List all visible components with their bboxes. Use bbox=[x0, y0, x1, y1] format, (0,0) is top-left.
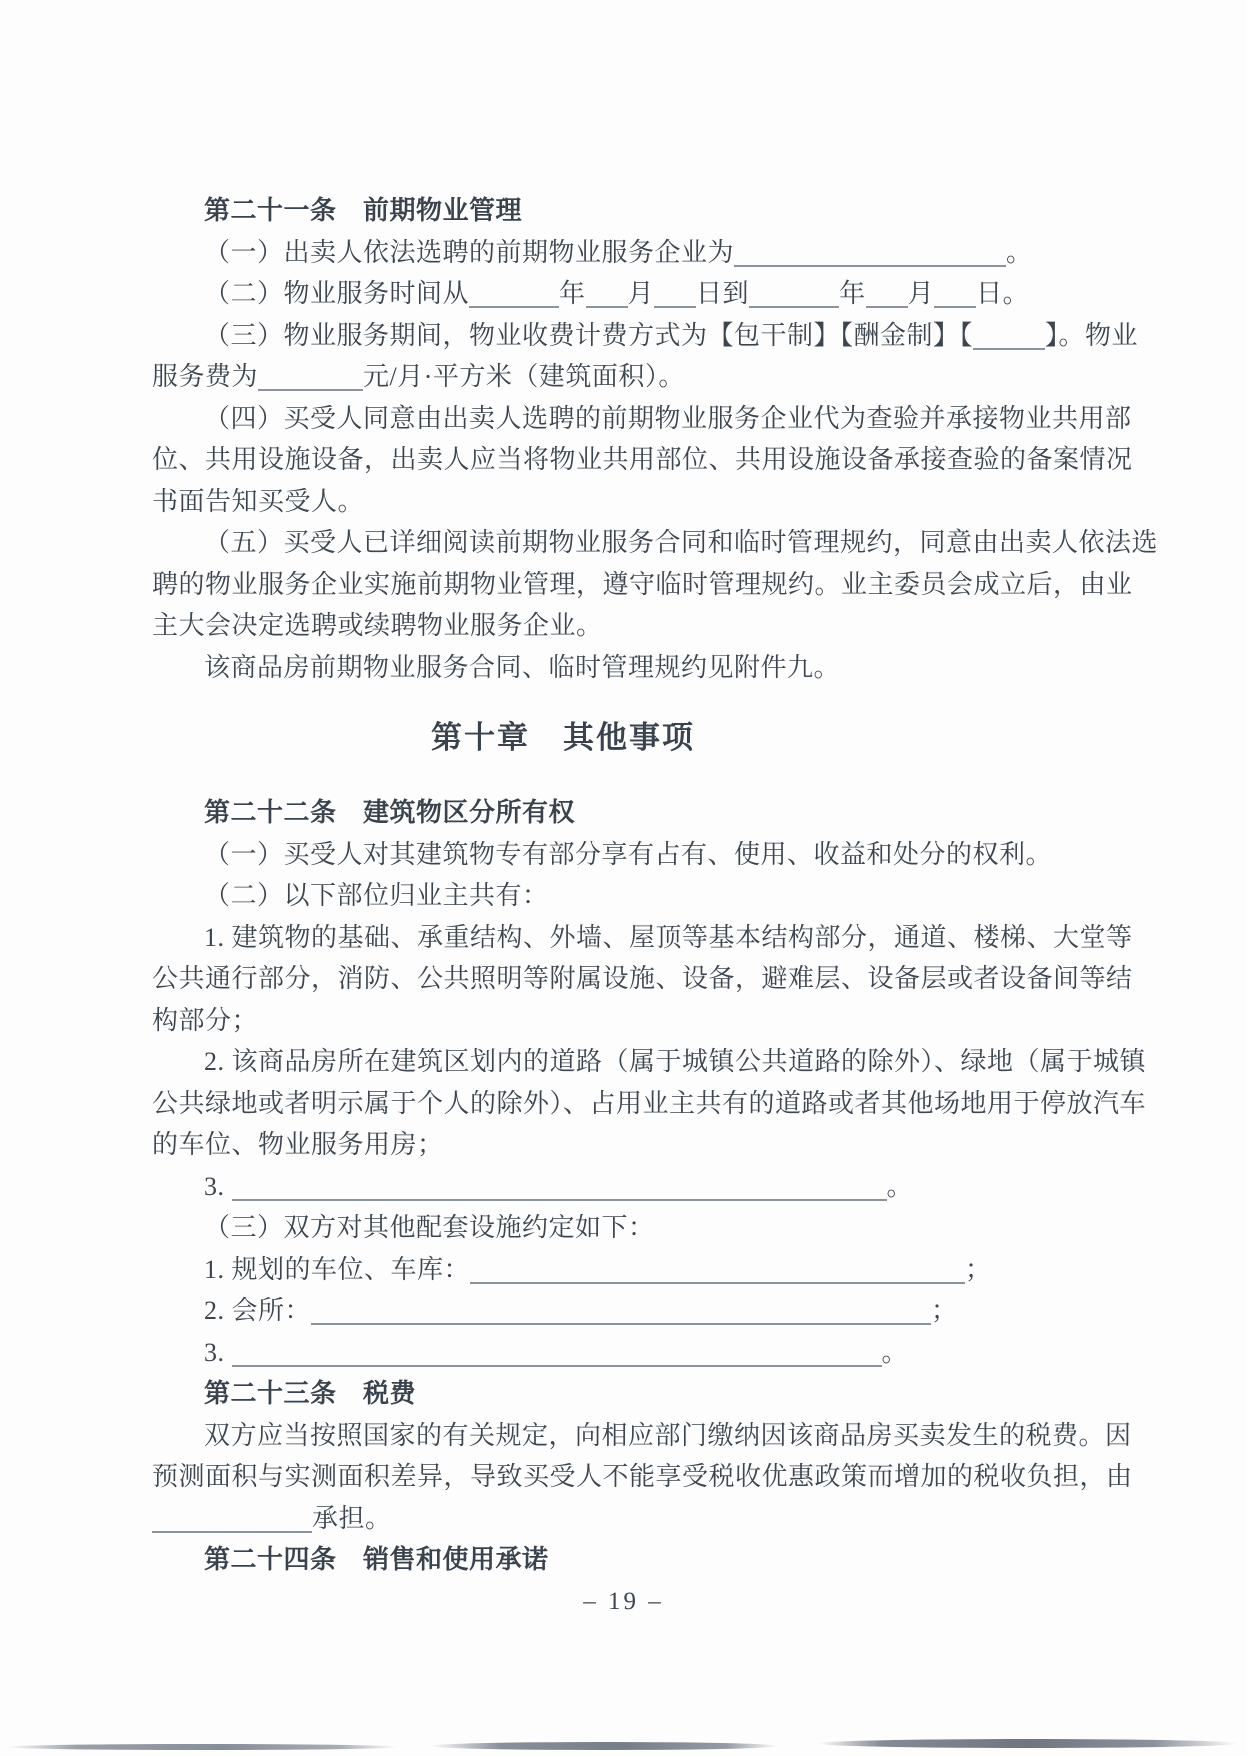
blank-fill-in-field bbox=[232, 1175, 887, 1201]
text-run: 承担。 bbox=[312, 1504, 392, 1533]
blank-fill-in-field bbox=[586, 282, 628, 308]
blank-fill-in-field bbox=[470, 1258, 965, 1284]
text-run: （二）以下部位归业主共有： bbox=[204, 881, 549, 910]
text-run: 第二十四条 销售和使用承诺 bbox=[204, 1545, 549, 1574]
article-21-item-5-line-2: 聘的物业服务企业实施前期物业管理，遵守临时管理规约。业主委员会成立后，由业 bbox=[152, 564, 974, 606]
text-run: 2. 会所： bbox=[204, 1296, 311, 1325]
article-22-heading: 第二十二条 建筑物区分所有权 bbox=[152, 792, 974, 834]
blank-fill-in-field bbox=[749, 282, 839, 308]
article-21-item-4-line-3: 书面告知买受人。 bbox=[152, 481, 974, 523]
text-run: 】。物业 bbox=[1045, 321, 1138, 350]
article-22-item-2: （二）以下部位归业主共有： bbox=[152, 875, 974, 917]
article-22-item-3-sub-2: 2. 会所：； bbox=[152, 1290, 974, 1332]
article-21-closing: 该商品房前期物业服务合同、临时管理规约见附件九。 bbox=[152, 647, 974, 689]
chapter-10-heading: 第十章 其他事项 bbox=[152, 710, 974, 766]
text-run: （二）物业服务时间从 bbox=[204, 279, 469, 308]
text-run: （三）物业服务期间，物业收费计费方式为【包干制】【酬金制】【 bbox=[204, 321, 973, 350]
article-21-item-1: （一）出卖人依法选聘的前期物业服务企业为。 bbox=[152, 232, 974, 274]
text-run: 公共绿地或者明示属于个人的除外）、占用业主共有的道路或者其他场地用于停放汽车 bbox=[152, 1089, 1146, 1118]
article-22-item-2-sub-3: 3. 。 bbox=[152, 1166, 974, 1208]
text-run: 元/月·平方米（建筑面积）。 bbox=[363, 362, 685, 391]
text-run: 第十章 其他事项 bbox=[431, 720, 695, 755]
article-21-item-5-line-1: （五）买受人已详细阅读前期物业服务合同和临时管理规约，同意由出卖人依法选 bbox=[152, 522, 974, 564]
article-22-item-2-sub-1-line-3: 构部分； bbox=[152, 1000, 974, 1042]
article-23-body-line-2: 预测面积与实测面积差异，导致买受人不能享受税收优惠政策而增加的税收负担，由 bbox=[152, 1456, 974, 1498]
page-number: – 19 – bbox=[0, 1588, 1247, 1616]
scan-edge-shadow-left bbox=[6, 1744, 398, 1750]
text-run: 第二十二条 建筑物区分所有权 bbox=[204, 798, 575, 827]
blank-fill-in-field bbox=[311, 1299, 931, 1325]
article-22-item-2-sub-2-line-3: 的车位、物业服务用房； bbox=[152, 1124, 974, 1166]
blank-fill-in-field bbox=[934, 282, 976, 308]
text-run: （一）买受人对其建筑物专有部分享有占有、使用、收益和处分的权利。 bbox=[204, 840, 1052, 869]
blank-fill-in-field bbox=[152, 1507, 312, 1533]
text-run: 书面告知买受人。 bbox=[152, 487, 364, 516]
text-run: 双方应当按照国家的有关规定，向相应部门缴纳因该商品房买卖发生的税费。因 bbox=[204, 1421, 1132, 1450]
text-run: 的车位、物业服务用房； bbox=[152, 1130, 444, 1159]
article-23-body-line-1: 双方应当按照国家的有关规定，向相应部门缴纳因该商品房买卖发生的税费。因 bbox=[152, 1415, 974, 1457]
text-run: 3. bbox=[204, 1172, 232, 1201]
article-21-item-3-line-1: （三）物业服务期间，物业收费计费方式为【包干制】【酬金制】【】。物业 bbox=[152, 315, 974, 357]
text-run: 主大会决定选聘或续聘物业服务企业。 bbox=[152, 611, 603, 640]
article-22-item-3-sub-3: 3. 。 bbox=[152, 1332, 974, 1374]
article-21-item-5-line-3: 主大会决定选聘或续聘物业服务企业。 bbox=[152, 605, 974, 647]
text-run: 月 bbox=[908, 279, 935, 308]
text-run: 日。 bbox=[976, 279, 1029, 308]
article-24-heading: 第二十四条 销售和使用承诺 bbox=[152, 1539, 974, 1581]
article-21-item-2: （二）物业服务时间从年月日到年月日。 bbox=[152, 273, 974, 315]
text-run: 第二十三条 税费 bbox=[204, 1379, 416, 1408]
blank-fill-in-field bbox=[258, 365, 363, 391]
article-22-item-3: （三）双方对其他配套设施约定如下： bbox=[152, 1207, 974, 1249]
contract-page: 第二十一条 前期物业管理（一）出卖人依法选聘的前期物业服务企业为。（二）物业服务… bbox=[0, 0, 1247, 1756]
article-21-item-3-line-2: 服务费为元/月·平方米（建筑面积）。 bbox=[152, 356, 974, 398]
article-21-item-4-line-2: 位、共用设施设备，出卖人应当将物业共用部位、共用设施设备承接查验的备案情况 bbox=[152, 439, 974, 481]
text-run: 3. bbox=[204, 1338, 232, 1367]
text-run: 。 bbox=[887, 1172, 914, 1201]
article-21-heading: 第二十一条 前期物业管理 bbox=[152, 190, 974, 232]
text-run: 服务费为 bbox=[152, 362, 258, 391]
blank-fill-in-field bbox=[866, 282, 908, 308]
text-run: 日到 bbox=[696, 279, 749, 308]
article-22-item-2-sub-1-line-1: 1. 建筑物的基础、承重结构、外墙、屋顶等基本结构部分，通道、楼梯、大堂等 bbox=[152, 917, 974, 959]
text-run: 聘的物业服务企业实施前期物业管理，遵守临时管理规约。业主委员会成立后，由业 bbox=[152, 570, 1133, 599]
text-run: 公共通行部分，消防、公共照明等附属设施、设备，避难层、设备层或者设备间等结 bbox=[152, 964, 1133, 993]
text-run: （一）出卖人依法选聘的前期物业服务企业为 bbox=[204, 238, 734, 267]
text-run: （三）双方对其他配套设施约定如下： bbox=[204, 1213, 655, 1242]
text-run: 1. 建筑物的基础、承重结构、外墙、屋顶等基本结构部分，通道、楼梯、大堂等 bbox=[204, 923, 1133, 952]
article-23-body-line-3: 承担。 bbox=[152, 1498, 974, 1540]
text-run: 。 bbox=[1006, 238, 1033, 267]
text-run: （四）买受人同意由出卖人选聘的前期物业服务企业代为查验并承接物业共用部 bbox=[204, 404, 1132, 433]
blank-fill-in-field bbox=[973, 324, 1045, 350]
text-run: 第二十一条 前期物业管理 bbox=[204, 196, 522, 225]
text-run: 该商品房前期物业服务合同、临时管理规约见附件九。 bbox=[204, 653, 840, 682]
text-run: 年 bbox=[839, 279, 866, 308]
blank-fill-in-field bbox=[654, 282, 696, 308]
article-22-item-2-sub-1-line-2: 公共通行部分，消防、公共照明等附属设施、设备，避难层、设备层或者设备间等结 bbox=[152, 958, 974, 1000]
article-22-item-1: （一）买受人对其建筑物专有部分享有占有、使用、收益和处分的权利。 bbox=[152, 834, 974, 876]
text-run: 位、共用设施设备，出卖人应当将物业共用部位、共用设施设备承接查验的备案情况 bbox=[152, 445, 1133, 474]
text-run: ； bbox=[931, 1296, 958, 1325]
scan-edge-shadow-right bbox=[818, 1739, 1238, 1748]
text-run: 1. 规划的车位、车库： bbox=[204, 1255, 470, 1284]
text-run: 年 bbox=[559, 279, 586, 308]
text-run: 。 bbox=[882, 1338, 909, 1367]
text-run: （五）买受人已详细阅读前期物业服务合同和临时管理规约，同意由出卖人依法选 bbox=[204, 528, 1158, 557]
text-run: ； bbox=[965, 1255, 992, 1284]
blank-fill-in-field bbox=[469, 282, 559, 308]
text-run: 2. 该商品房所在建筑区划内的道路（属于城镇公共道路的除外）、绿地（属于城镇 bbox=[204, 1047, 1146, 1076]
article-22-item-3-sub-1: 1. 规划的车位、车库：； bbox=[152, 1249, 974, 1291]
blank-fill-in-field bbox=[734, 241, 1006, 267]
article-21-item-4-line-1: （四）买受人同意由出卖人选聘的前期物业服务企业代为查验并承接物业共用部 bbox=[152, 398, 974, 440]
blank-fill-in-field bbox=[232, 1341, 882, 1367]
scan-edge-shadow-center bbox=[430, 1742, 778, 1750]
article-22-item-2-sub-2-line-2: 公共绿地或者明示属于个人的除外）、占用业主共有的道路或者其他场地用于停放汽车 bbox=[152, 1083, 974, 1125]
text-run: 月 bbox=[628, 279, 655, 308]
text-run: 预测面积与实测面积差异，导致买受人不能享受税收优惠政策而增加的税收负担，由 bbox=[152, 1462, 1133, 1491]
document-body: 第二十一条 前期物业管理（一）出卖人依法选聘的前期物业服务企业为。（二）物业服务… bbox=[152, 190, 974, 1581]
article-22-item-2-sub-2-line-1: 2. 该商品房所在建筑区划内的道路（属于城镇公共道路的除外）、绿地（属于城镇 bbox=[152, 1041, 974, 1083]
article-23-heading: 第二十三条 税费 bbox=[152, 1373, 974, 1415]
text-run: 构部分； bbox=[152, 1006, 258, 1035]
